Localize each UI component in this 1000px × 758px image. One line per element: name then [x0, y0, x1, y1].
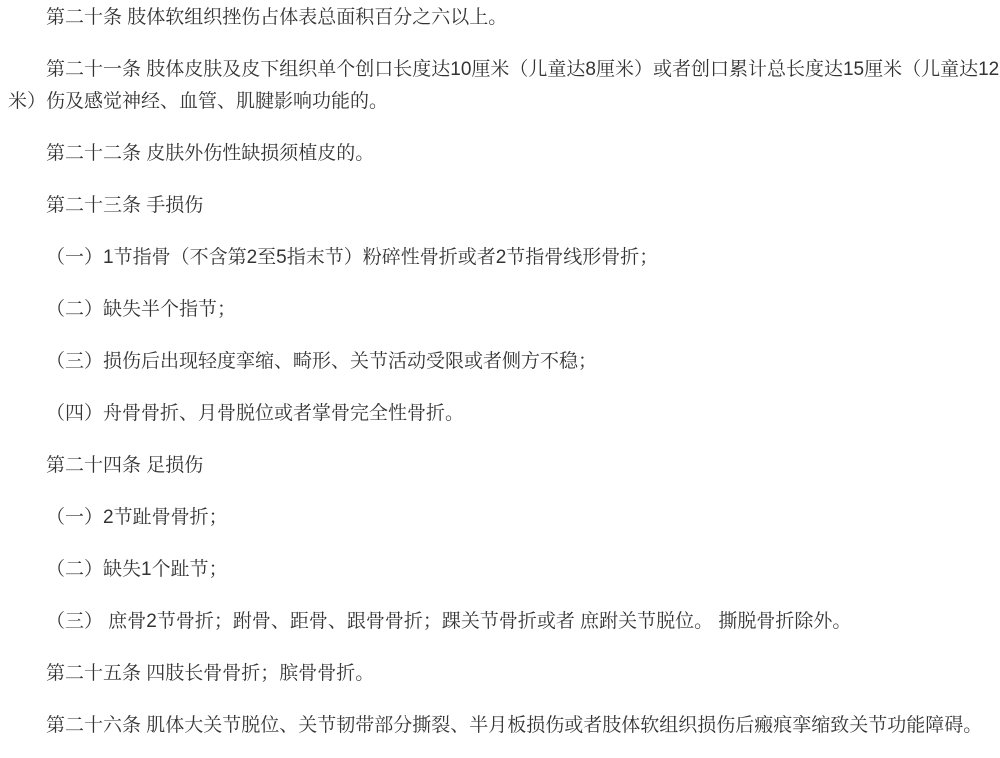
- document-body: 第二十条 肢体软组织挫伤占体表总面积百分之六以上。 第二十一条 肢体皮肤及皮下组…: [0, 0, 1000, 742]
- article-23-item-1: （一）1节指骨（不含第2至5指末节）粉碎性骨折或者2节指骨线形骨折；: [8, 242, 1000, 274]
- article-22-paragraph: 第二十二条 皮肤外伤性缺损须植皮的。: [8, 138, 1000, 170]
- article-24-item-1: （一）2节趾骨骨折；: [8, 502, 1000, 534]
- article-24-item-2: （二）缺失1个趾节；: [8, 554, 1000, 586]
- article-21-paragraph: 第二十一条 肢体皮肤及皮下组织单个创口长度达10厘米（儿童达8厘米）或者创口累计…: [8, 54, 1000, 118]
- article-23-item-3: （三）损伤后出现轻度挛缩、畸形、关节活动受限或者侧方不稳；: [8, 346, 1000, 378]
- article-24-item-3: （三） 庶骨2节骨折；跗骨、距骨、跟骨骨折；踝关节骨折或者 庶跗关节脱位。 撕脱…: [8, 606, 1000, 638]
- article-26-paragraph: 第二十六条 肌体大关节脱位、关节韧带部分撕裂、半月板损伤或者肢体软组织损伤后瘢痕…: [8, 710, 1000, 742]
- article-23-item-4: （四）舟骨骨折、月骨脱位或者掌骨完全性骨折。: [8, 398, 1000, 430]
- article-25-paragraph: 第二十五条 四肢长骨骨折；膑骨骨折。: [8, 658, 1000, 690]
- article-23-item-2: （二）缺失半个指节；: [8, 294, 1000, 326]
- article-24-heading-paragraph: 第二十四条 足损伤: [8, 450, 1000, 482]
- article-23-heading-paragraph: 第二十三条 手损伤: [8, 190, 1000, 222]
- article-20-paragraph: 第二十条 肢体软组织挫伤占体表总面积百分之六以上。: [8, 2, 1000, 34]
